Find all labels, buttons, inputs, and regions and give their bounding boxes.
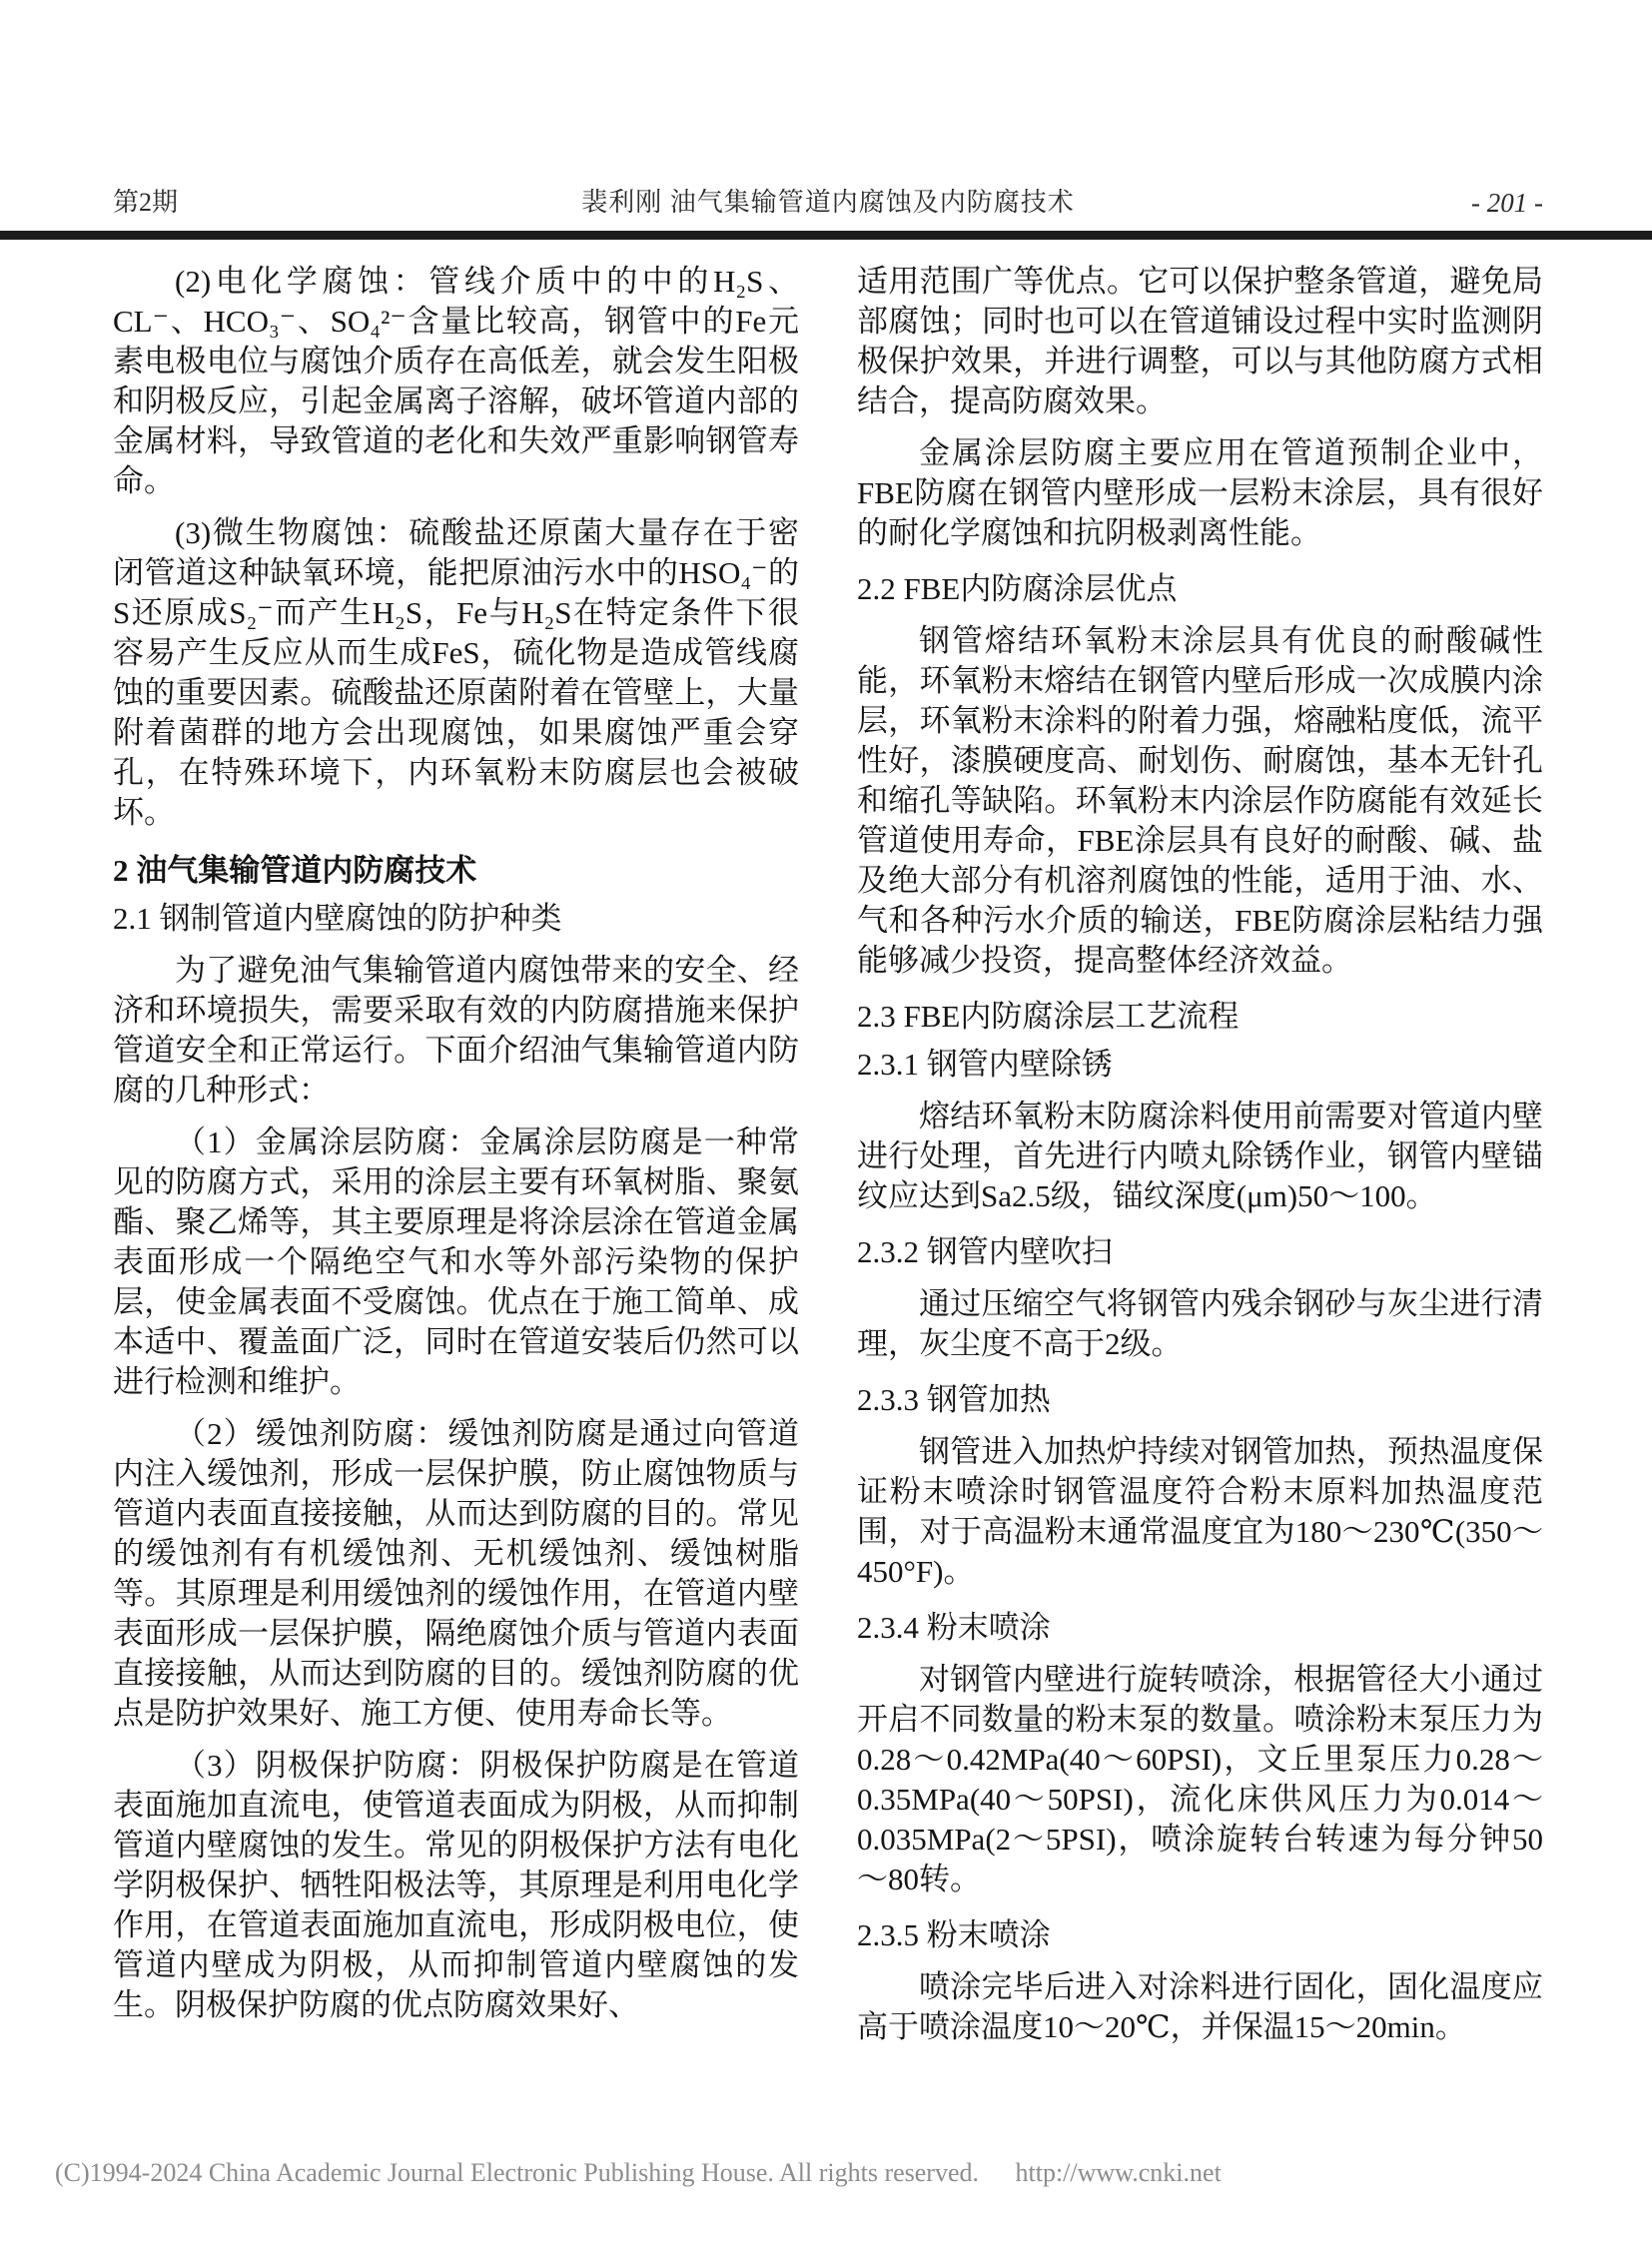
paragraph: (2)电化学腐蚀：管线介质中的中的H₂S、CL⁻、HCO₃⁻、SO₄²⁻含量比较… [113, 262, 799, 501]
subsection-heading: 2.2 FBE内防腐涂层优点 [857, 569, 1543, 609]
right-column: 适用范围广等优点。它可以保护整条管道，避免局部腐蚀；同时也可以在管道铺设过程中实… [857, 262, 1543, 2047]
paragraph: 为了避免油气集输管道内腐蚀带来的安全、经济和环境损失，需要采取有效的内防腐措施来… [113, 951, 799, 1111]
paragraph: （1）金属涂层防腐：金属涂层防腐是一种常见的防腐方式，采用的涂层主要有环氧树脂、… [113, 1122, 799, 1402]
paragraph: 喷涂完毕后进入对涂料进行固化，固化温度应高于喷涂温度10～20℃，并保温15～2… [857, 1967, 1543, 2047]
subsection-heading: 2.1 钢制管道内壁腐蚀的防护种类 [113, 899, 799, 939]
paragraph: (3)微生物腐蚀：硫酸盐还原菌大量存在于密闭管道这种缺氧环境，能把原油污水中的H… [113, 513, 799, 833]
paragraph: 通过压缩空气将钢管内残余钢砂与灰尘进行清理，灰尘度不高于2级。 [857, 1284, 1543, 1364]
paragraph: 熔结环氧粉末防腐涂料使用前需要对管道内壁进行处理，首先进行内喷丸除锈作业，钢管内… [857, 1097, 1543, 1216]
left-column: (2)电化学腐蚀：管线介质中的中的H₂S、CL⁻、HCO₃⁻、SO₄²⁻含量比较… [113, 262, 799, 2047]
paragraph: 金属涂层防腐主要应用在管道预制企业中，FBE防腐在钢管内壁形成一层粉末涂层，具有… [857, 433, 1543, 553]
cnki-url: http://www.cnki.net [1016, 2158, 1222, 2187]
paragraph-continuation: 适用范围广等优点。它可以保护整条管道，避免局部腐蚀；同时也可以在管道铺设过程中实… [857, 262, 1543, 421]
subsection-heading: 2.3.5 粉末喷涂 [857, 1915, 1543, 1955]
subsection-heading: 2.3.3 钢管加热 [857, 1380, 1543, 1420]
running-title: 裴利刚 油气集输管道内腐蚀及内防腐技术 [113, 186, 1543, 220]
journal-page: 第2期 裴利刚 油气集输管道内腐蚀及内防腐技术 - 201 - (2)电化学腐蚀… [0, 0, 1652, 2242]
section-heading: 2 油气集输管道内防腐技术 [113, 851, 799, 891]
paragraph: （3）阴极保护防腐：阴极保护防腐是在管道表面施加直流电，使管道表面成为阴极，从而… [113, 1746, 799, 2025]
subsection-heading: 2.3.4 粉末喷涂 [857, 1608, 1543, 1648]
header-rule [0, 231, 1652, 240]
paragraph: 钢管熔结环氧粉末涂层具有优良的耐酸碱性能，环氧粉末熔结在钢管内壁后形成一次成膜内… [857, 621, 1543, 981]
footer: (C)1994-2024 China Academic Journal Elec… [55, 2157, 1222, 2189]
page-number: - 201 - [1471, 186, 1543, 220]
paragraph: 钢管进入加热炉持续对钢管加热，预热温度保证粉末喷涂时钢管温度符合粉末原料加热温度… [857, 1432, 1543, 1592]
subsection-heading: 2.3.1 钢管内壁除锈 [857, 1045, 1543, 1085]
paragraph: （2）缓蚀剂防腐：缓蚀剂防腐是通过向管道内注入缓蚀剂，形成一层保护膜，防止腐蚀物… [113, 1414, 799, 1734]
running-head: 第2期 裴利刚 油气集输管道内腐蚀及内防腐技术 - 201 - [113, 186, 1543, 220]
copyright-notice: (C)1994-2024 China Academic Journal Elec… [55, 2158, 979, 2187]
subsection-heading: 2.3 FBE内防腐涂层工艺流程 [857, 997, 1543, 1037]
paragraph: 对钢管内壁进行旋转喷涂，根据管径大小通过开启不同数量的粉末泵的数量。喷涂粉末泵压… [857, 1660, 1543, 1899]
article-body: (2)电化学腐蚀：管线介质中的中的H₂S、CL⁻、HCO₃⁻、SO₄²⁻含量比较… [113, 262, 1543, 2047]
subsection-heading: 2.3.2 钢管内壁吹扫 [857, 1232, 1543, 1272]
